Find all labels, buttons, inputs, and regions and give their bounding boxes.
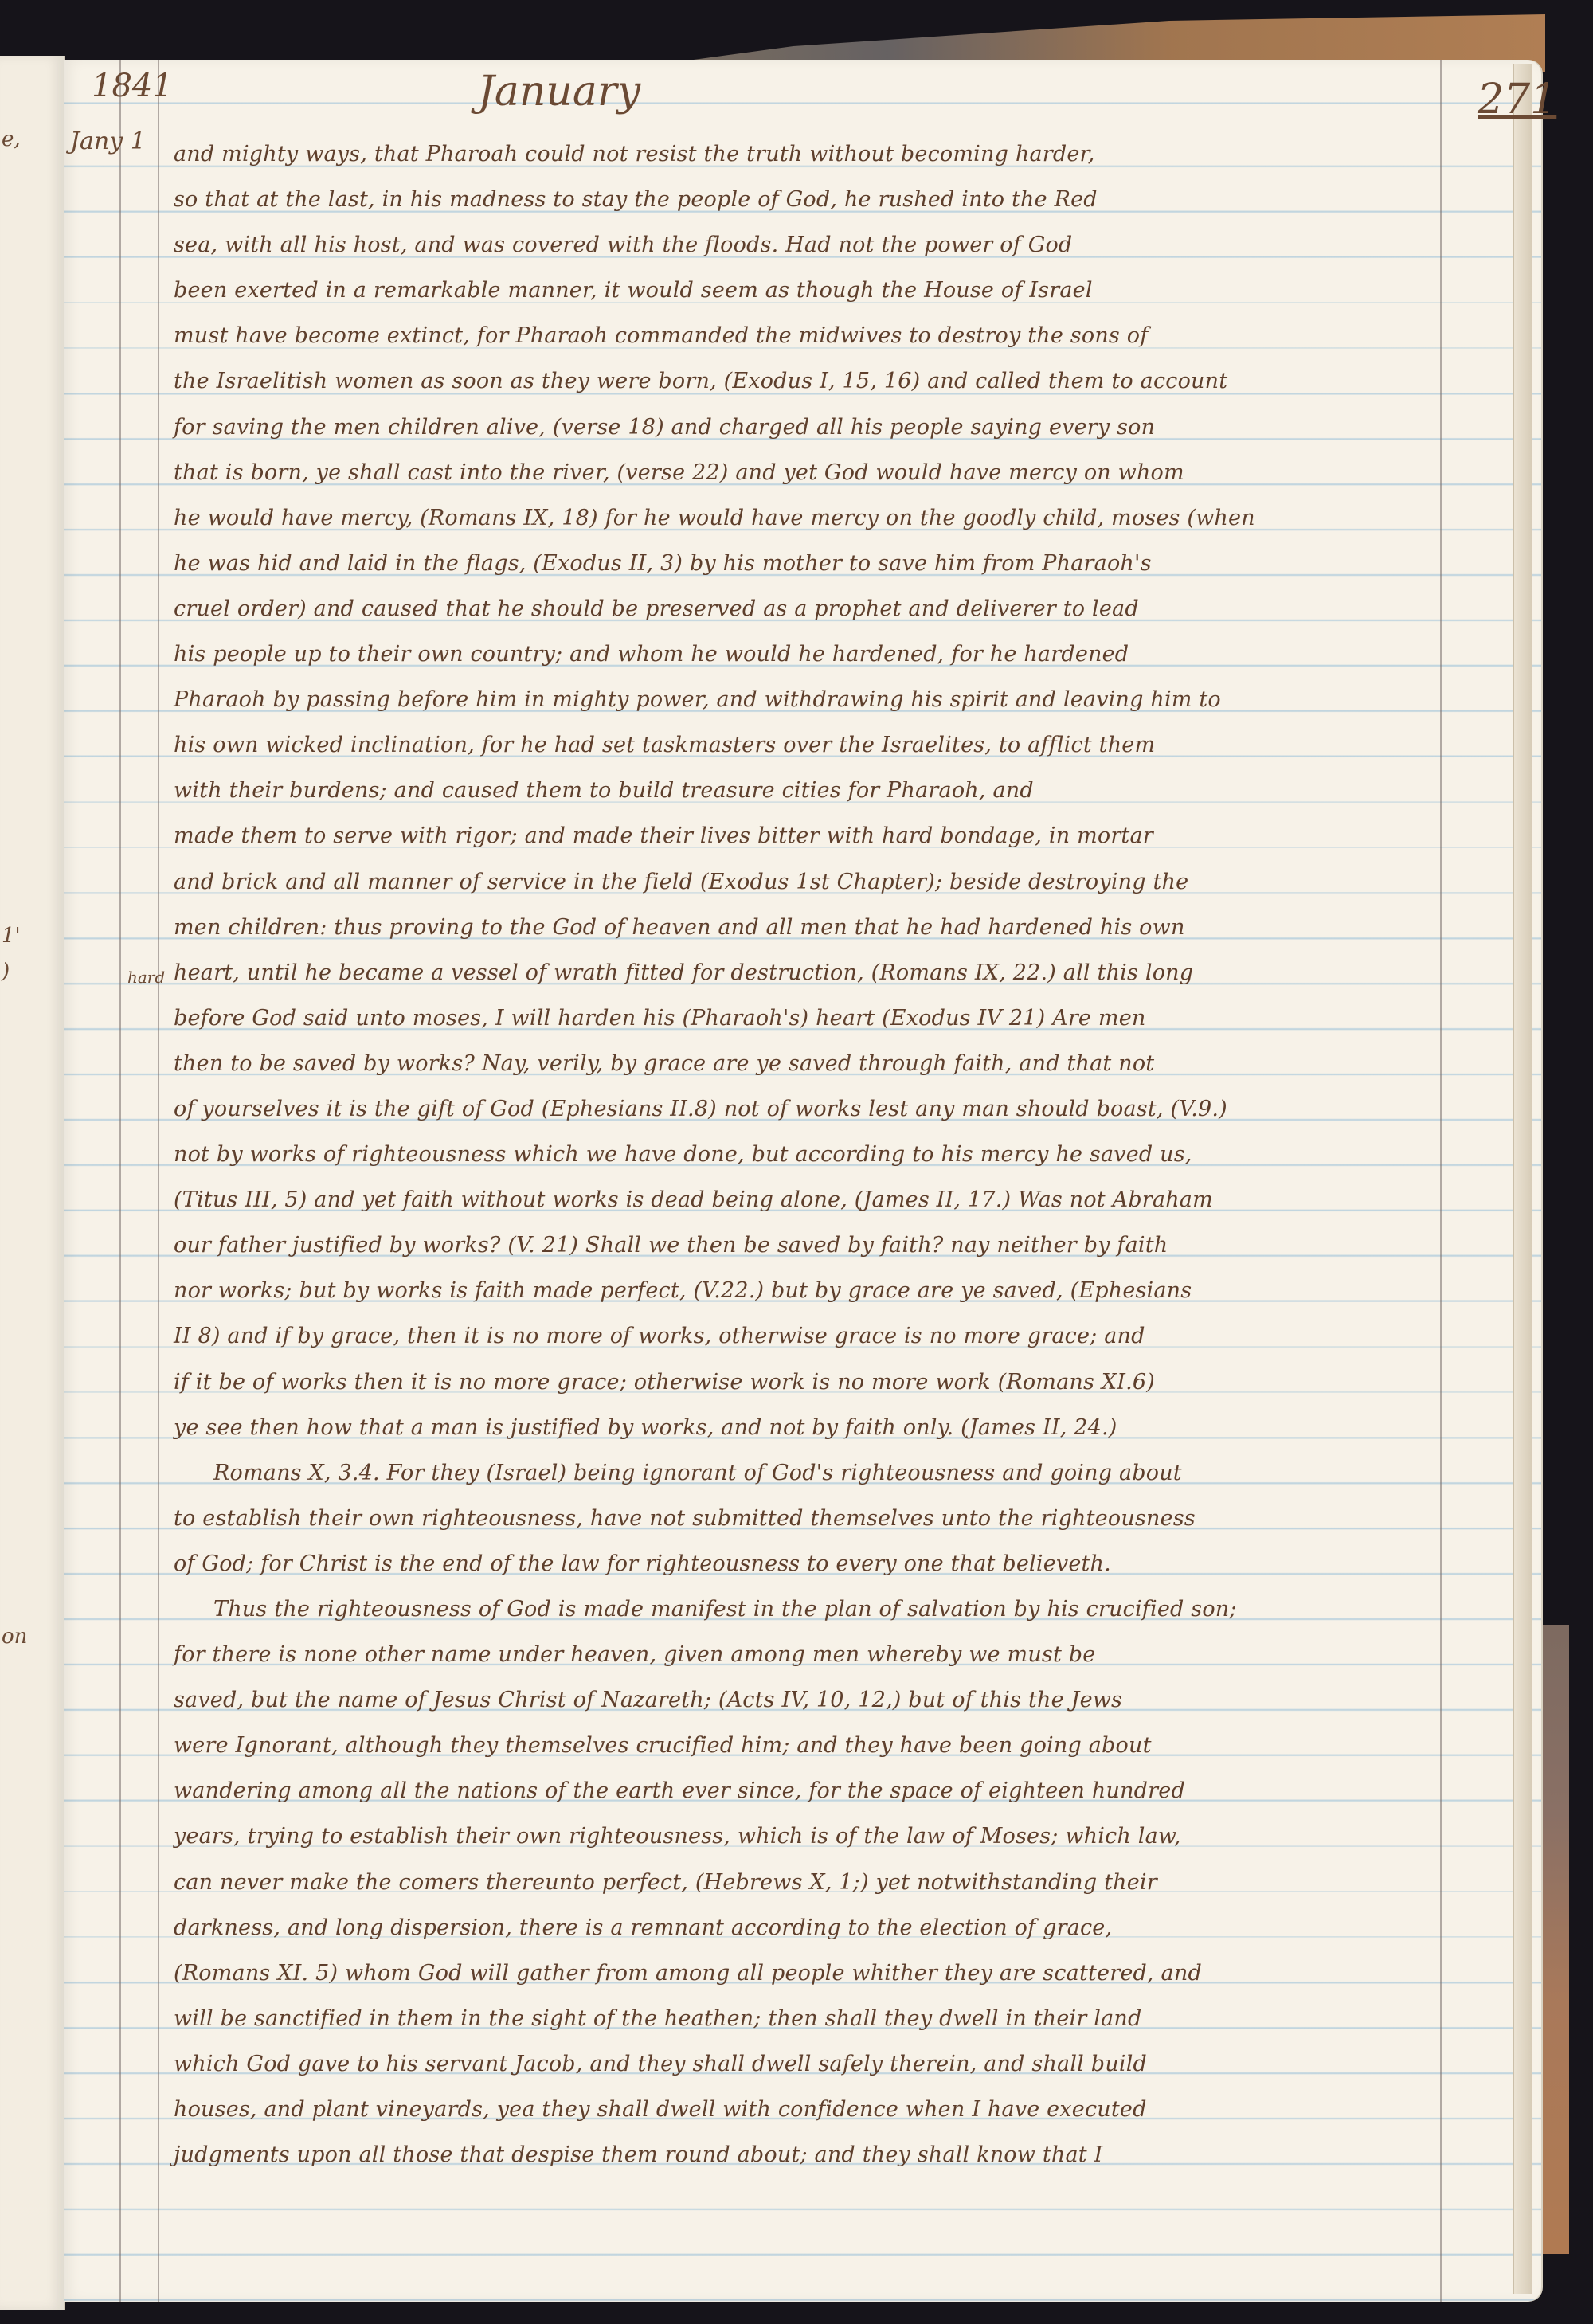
text-line: must have become extinct, for Pharaoh co… <box>174 313 1480 358</box>
text-line: the Israelitish women as soon as they we… <box>174 358 1480 404</box>
text-line: sea, with all his host, and was covered … <box>174 222 1480 268</box>
text-line: saved, but the name of Jesus Christ of N… <box>174 1677 1480 1723</box>
entry-date: Jany 1 <box>70 127 146 155</box>
text-line: nor works; but by works is faith made pe… <box>174 1268 1480 1313</box>
text-line: his people up to their own country; and … <box>174 632 1480 677</box>
text-line: for saving the men children alive, (vers… <box>174 405 1480 450</box>
margin-note: hard <box>127 968 165 987</box>
text-line: so that at the last, in his madness to s… <box>174 177 1480 222</box>
text-line: if it be of works then it is no more gra… <box>174 1360 1480 1405</box>
text-line: Pharaoh by passing before him in mighty … <box>174 677 1480 722</box>
text-line: can never make the comers thereunto perf… <box>174 1860 1480 1905</box>
text-line: darkness, and long dispersion, there is … <box>174 1905 1480 1950</box>
text-line: he was hid and laid in the flags, (Exodu… <box>174 541 1480 586</box>
left-page-edge: e,1')on <box>0 56 65 2310</box>
text-line: then to be saved by works? Nay, verily, … <box>174 1041 1480 1086</box>
text-line: ye see then how that a man is justified … <box>174 1405 1480 1450</box>
text-line: will be sanctified in them in the sight … <box>174 1996 1480 2041</box>
text-line: wandering among all the nations of the e… <box>174 1768 1480 1813</box>
handwritten-body: and mighty ways, that Pharoah could not … <box>174 131 1480 2177</box>
text-line: Romans X, 3.4. For they (Israel) being i… <box>174 1450 1480 1496</box>
text-line: which God gave to his servant Jacob, and… <box>174 2041 1480 2087</box>
text-line: cruel order) and caused that he should b… <box>174 586 1480 632</box>
text-line: that is born, ye shall cast into the riv… <box>174 450 1480 495</box>
text-line: judgments upon all those that despise th… <box>174 2132 1480 2177</box>
text-line: heart, until he became a vessel of wrath… <box>174 950 1480 996</box>
text-line: he would have mercy, (Romans IX, 18) for… <box>174 495 1480 541</box>
left-page-fragment: ) <box>2 960 10 984</box>
text-line: with their burdens; and caused them to b… <box>174 768 1480 813</box>
text-line: for there is none other name under heave… <box>174 1632 1480 1677</box>
text-line: and mighty ways, that Pharoah could not … <box>174 131 1480 177</box>
text-line: of God; for Christ is the end of the law… <box>174 1541 1480 1587</box>
text-line: been exerted in a remarkable manner, it … <box>174 268 1480 313</box>
text-line: II 8) and if by grace, then it is no mor… <box>174 1313 1480 1359</box>
text-line: his own wicked inclination, for he had s… <box>174 722 1480 768</box>
text-line: (Titus III, 5) and yet faith without wor… <box>174 1177 1480 1223</box>
page-month: January <box>478 68 640 115</box>
text-line: Thus the righteousness of God is made ma… <box>174 1587 1480 1632</box>
text-line: and brick and all manner of service in t… <box>174 859 1480 905</box>
left-margin-rule <box>119 60 121 2302</box>
left-page-fragment: 1' <box>2 924 21 948</box>
text-line: houses, and plant vineyards, yea they sh… <box>174 2087 1480 2132</box>
page-number: 271 <box>1478 76 1556 123</box>
left-page-fragment: on <box>2 1625 27 1649</box>
page-year: 1841 <box>92 68 173 104</box>
text-line: were Ignorant, although they themselves … <box>174 1723 1480 1768</box>
text-margin-rule <box>158 60 159 2302</box>
text-line: our father justified by works? (V. 21) S… <box>174 1223 1480 1268</box>
text-line: not by works of righteousness which we h… <box>174 1132 1480 1177</box>
text-line: men children: thus proving to the God of… <box>174 905 1480 950</box>
left-page-fragment: e, <box>2 127 21 151</box>
text-line: of yourselves it is the gift of God (Eph… <box>174 1086 1480 1132</box>
text-line: before God said unto moses, I will harde… <box>174 996 1480 1041</box>
text-line: to establish their own righteousness, ha… <box>174 1496 1480 1541</box>
text-line: (Romans XI. 5) whom God will gather from… <box>174 1950 1480 1996</box>
text-line: years, trying to establish their own rig… <box>174 1813 1480 1859</box>
page-stack-edge <box>1513 64 1532 2294</box>
text-line: made them to serve with rigor; and made … <box>174 813 1480 859</box>
